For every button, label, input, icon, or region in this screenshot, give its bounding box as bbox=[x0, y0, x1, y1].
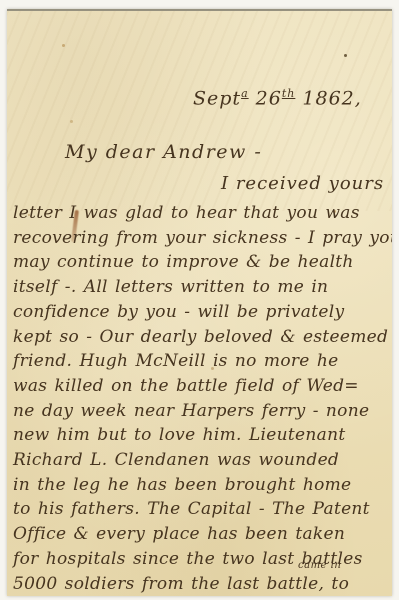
body-line: recovering from your sickness - I pray y… bbox=[13, 226, 392, 251]
letter-body: letter I was glad to hear that you was r… bbox=[13, 201, 392, 596]
letter-photo: Septa 26th 1862, My dear Andrew - I rece… bbox=[0, 0, 399, 600]
body-line: in the leg he has been brought home bbox=[13, 473, 392, 498]
body-line: Office & every place has been taken bbox=[13, 522, 392, 547]
body-line: ne day week near Harpers ferry - none bbox=[13, 399, 392, 424]
interlinear-insertion: came in bbox=[298, 560, 341, 571]
body-line: Richard L. Clendanen was wounded bbox=[13, 448, 392, 473]
body-line: to his fathers. The Capital - The Patent bbox=[13, 497, 392, 522]
foxing-spot bbox=[62, 44, 65, 47]
date-month-superscript: a bbox=[241, 87, 249, 100]
foxing-spot bbox=[70, 120, 73, 123]
salutation-line: My dear Andrew - bbox=[65, 141, 262, 163]
body-line: may continue to improve & be health bbox=[13, 250, 392, 275]
body-line: letter I was glad to hear that you was bbox=[13, 201, 392, 226]
date-month: Sept bbox=[193, 87, 241, 109]
body-line: confidence by you - will be privately bbox=[13, 300, 392, 325]
body-line: kept so - Our dearly beloved & esteemed bbox=[13, 325, 392, 350]
date-day: 26 bbox=[249, 87, 282, 109]
foxing-spot bbox=[344, 54, 347, 57]
body-line: was killed on the battle field of Wed= bbox=[13, 374, 392, 399]
body-line: friend. Hugh McNeill is no more he bbox=[13, 349, 392, 374]
body-line: itself -. All letters written to me in bbox=[13, 275, 392, 300]
date-day-ordinal: th bbox=[282, 87, 296, 100]
body-line: 5000 soldiers from the last battle, to bbox=[13, 572, 392, 596]
body-line: new him but to love him. Lieutenant bbox=[13, 423, 392, 448]
opening-line: I received yours bbox=[221, 173, 384, 194]
date-line: Septa 26th 1862, bbox=[193, 87, 362, 109]
date-year: 1862, bbox=[295, 87, 361, 109]
letter-paper: Septa 26th 1862, My dear Andrew - I rece… bbox=[7, 9, 392, 596]
